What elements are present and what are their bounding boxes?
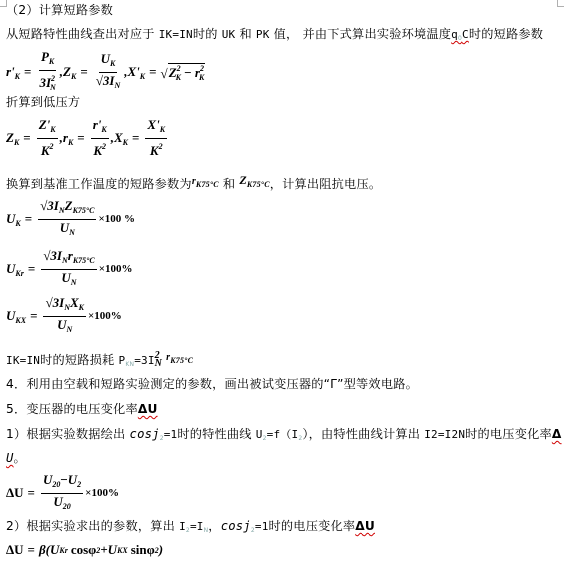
formula-short-circuit-params: r'K = PK 3I2N , ZK = UK √3IN , X'K = √ Z… [6,52,205,92]
fraction-rk-over-k2: r'K K2 [91,118,109,158]
base-temperature-paragraph: 换算到基准工作温度的短路参数为rK75°C 和 ZK75°C，计算出阻抗电压。 [6,172,381,193]
intro-paragraph: 从短路特性曲线查出对应于 IK=IN时的 UK 和 PK 值， 并由下式算出实验… [6,26,543,47]
fraction-pk-over-3in2: PK 3I2N [37,50,57,95]
intro-prefix: 从短路特性曲线查出对应于 [6,27,155,41]
sqrt-zk2-minus-rk2: √ Z2K − r2K [161,63,206,82]
intro-condition: IK=IN [159,28,193,41]
intro-mid2: 和 [239,27,251,41]
step-1-wrap: U。 [6,450,26,466]
intro-suffix: 时的短路参数 [469,27,543,41]
step-1-paragraph: 1）根据实验数据绘出 cosj2=1时的特性曲线 U2=f（I2），由特性曲线计… [6,426,562,447]
page-corner-mark-right [557,0,564,7]
section-heading: （2）计算短路参数 [6,2,113,18]
formula-resistive-voltage: UKr = √3INrK75°C UN ×100% [6,248,132,290]
formula-voltage-regulation-measured: ΔU = U20−U2 U20 ×100% [6,472,119,514]
item-4-equivalent-circuit: 4．利用由空载和短路实验测定的参数，画出被试变压器的“Γ”型等效电路。 [6,376,418,392]
step-2-paragraph: 2）根据实验求出的参数，算出 I2=IN，cosj2=1时的电压变化率ΔU [6,518,375,539]
fraction-zk-over-k2: Z'K K2 [37,118,58,158]
formula-voltage-regulation-calculated: ΔU = β(UKr cosφ2+UKX sinφ2) [6,540,163,560]
intro-mid3: 值， 并由下式算出实验环境温度 [274,27,452,41]
intro-pk: PK [256,28,270,41]
formula-referred-low-side: ZK = Z'K K2 , rK = r'K K2 , XK = X'K K2 [6,118,169,158]
formula-reactive-voltage: UKX = √3INXK UN ×100% [6,295,122,337]
formula-impedance-voltage: UK = √3INZK75°C UN ×100 % [6,198,135,240]
x-prime-k: X'K [127,64,145,81]
intro-temperature: q0C [451,27,469,41]
low-voltage-label: 折算到低压方 [6,94,80,110]
fraction-xk-over-k2: X'K K2 [145,118,167,158]
short-circuit-loss-line: IK=IN时的短路损耗 PKN=3I2N rK75°C [6,350,193,373]
intro-uk: UK [222,28,236,41]
intro-mid1: 时的 [193,27,218,41]
fraction-uk-over-sqrt3in: UK √3IN [94,52,122,93]
item-5-voltage-regulation: 5．变压器的电压变化率ΔU [6,401,158,417]
z-k: ZK [63,64,76,81]
r-prime-k: r'K [6,64,20,81]
